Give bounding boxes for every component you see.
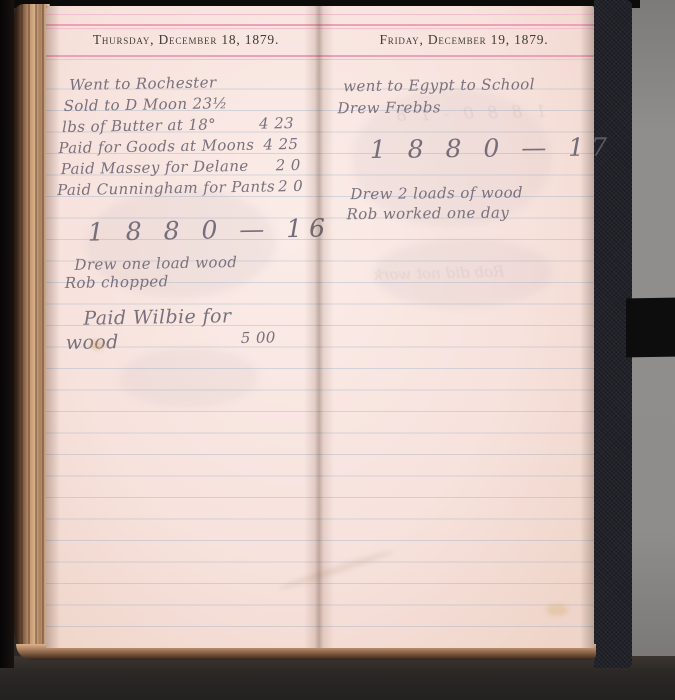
entry-text: lbs of Butter at 18° — [62, 115, 216, 136]
paper-edge-shadow — [46, 6, 60, 648]
entry-text: Went to Rochester — [69, 73, 216, 94]
entry-amount: 4 25 — [263, 135, 298, 154]
diary-entry: Paid Wilbie for — [83, 305, 231, 330]
entry-amount: 4 23 — [259, 114, 294, 133]
paper-edge-shadow — [580, 6, 594, 648]
entry-text: Paid Massey for Delane — [61, 157, 249, 178]
diary-entry: Went to Rochester — [69, 72, 269, 93]
book-left-edge — [0, 0, 14, 668]
diary-entry: Paid Massey for Delane 2 0 — [61, 156, 301, 178]
book-clasp-strap — [626, 298, 675, 358]
page-spread: Thursday, December 18, 1879. Friday, Dec… — [46, 6, 594, 648]
paper-stain — [546, 604, 568, 616]
left-page-date-header: Thursday, December 18, 1879. — [56, 32, 316, 48]
ink-bleedthrough — [118, 347, 259, 409]
paper-stain — [90, 340, 104, 350]
ink-bleedthrough — [85, 186, 277, 299]
entry-amount: 2 0 — [278, 177, 303, 195]
entry-text: Paid for Goods at Moons — [58, 136, 254, 157]
entry-amount: 5 00 — [241, 328, 276, 351]
page-edge-stack — [14, 4, 50, 656]
right-page: went to Egypt to School Drew Frebbs 1 8 … — [331, 67, 597, 640]
right-page-date-header: Friday, December 19, 1879. — [334, 32, 594, 48]
diary-entry: lbs of Butter at 18° 4 23 — [62, 114, 294, 136]
page-gutter — [304, 6, 334, 648]
scanner-background-bottom — [0, 656, 675, 700]
ink-bleedthrough — [351, 87, 552, 229]
entry-amount: 2 0 — [276, 156, 301, 174]
ink-bleedthrough — [373, 237, 554, 309]
diary-entry: Paid for Goods at Moons 4 25 — [58, 135, 298, 157]
entry-text: Sold to D Moon 23½ — [64, 94, 228, 115]
diary-scan: Thursday, December 18, 1879. Friday, Dec… — [0, 0, 675, 700]
diary-entry: Sold to D Moon 23½ — [64, 94, 264, 115]
left-page: Went to Rochester Sold to D Moon 23½ lbs… — [53, 66, 313, 640]
